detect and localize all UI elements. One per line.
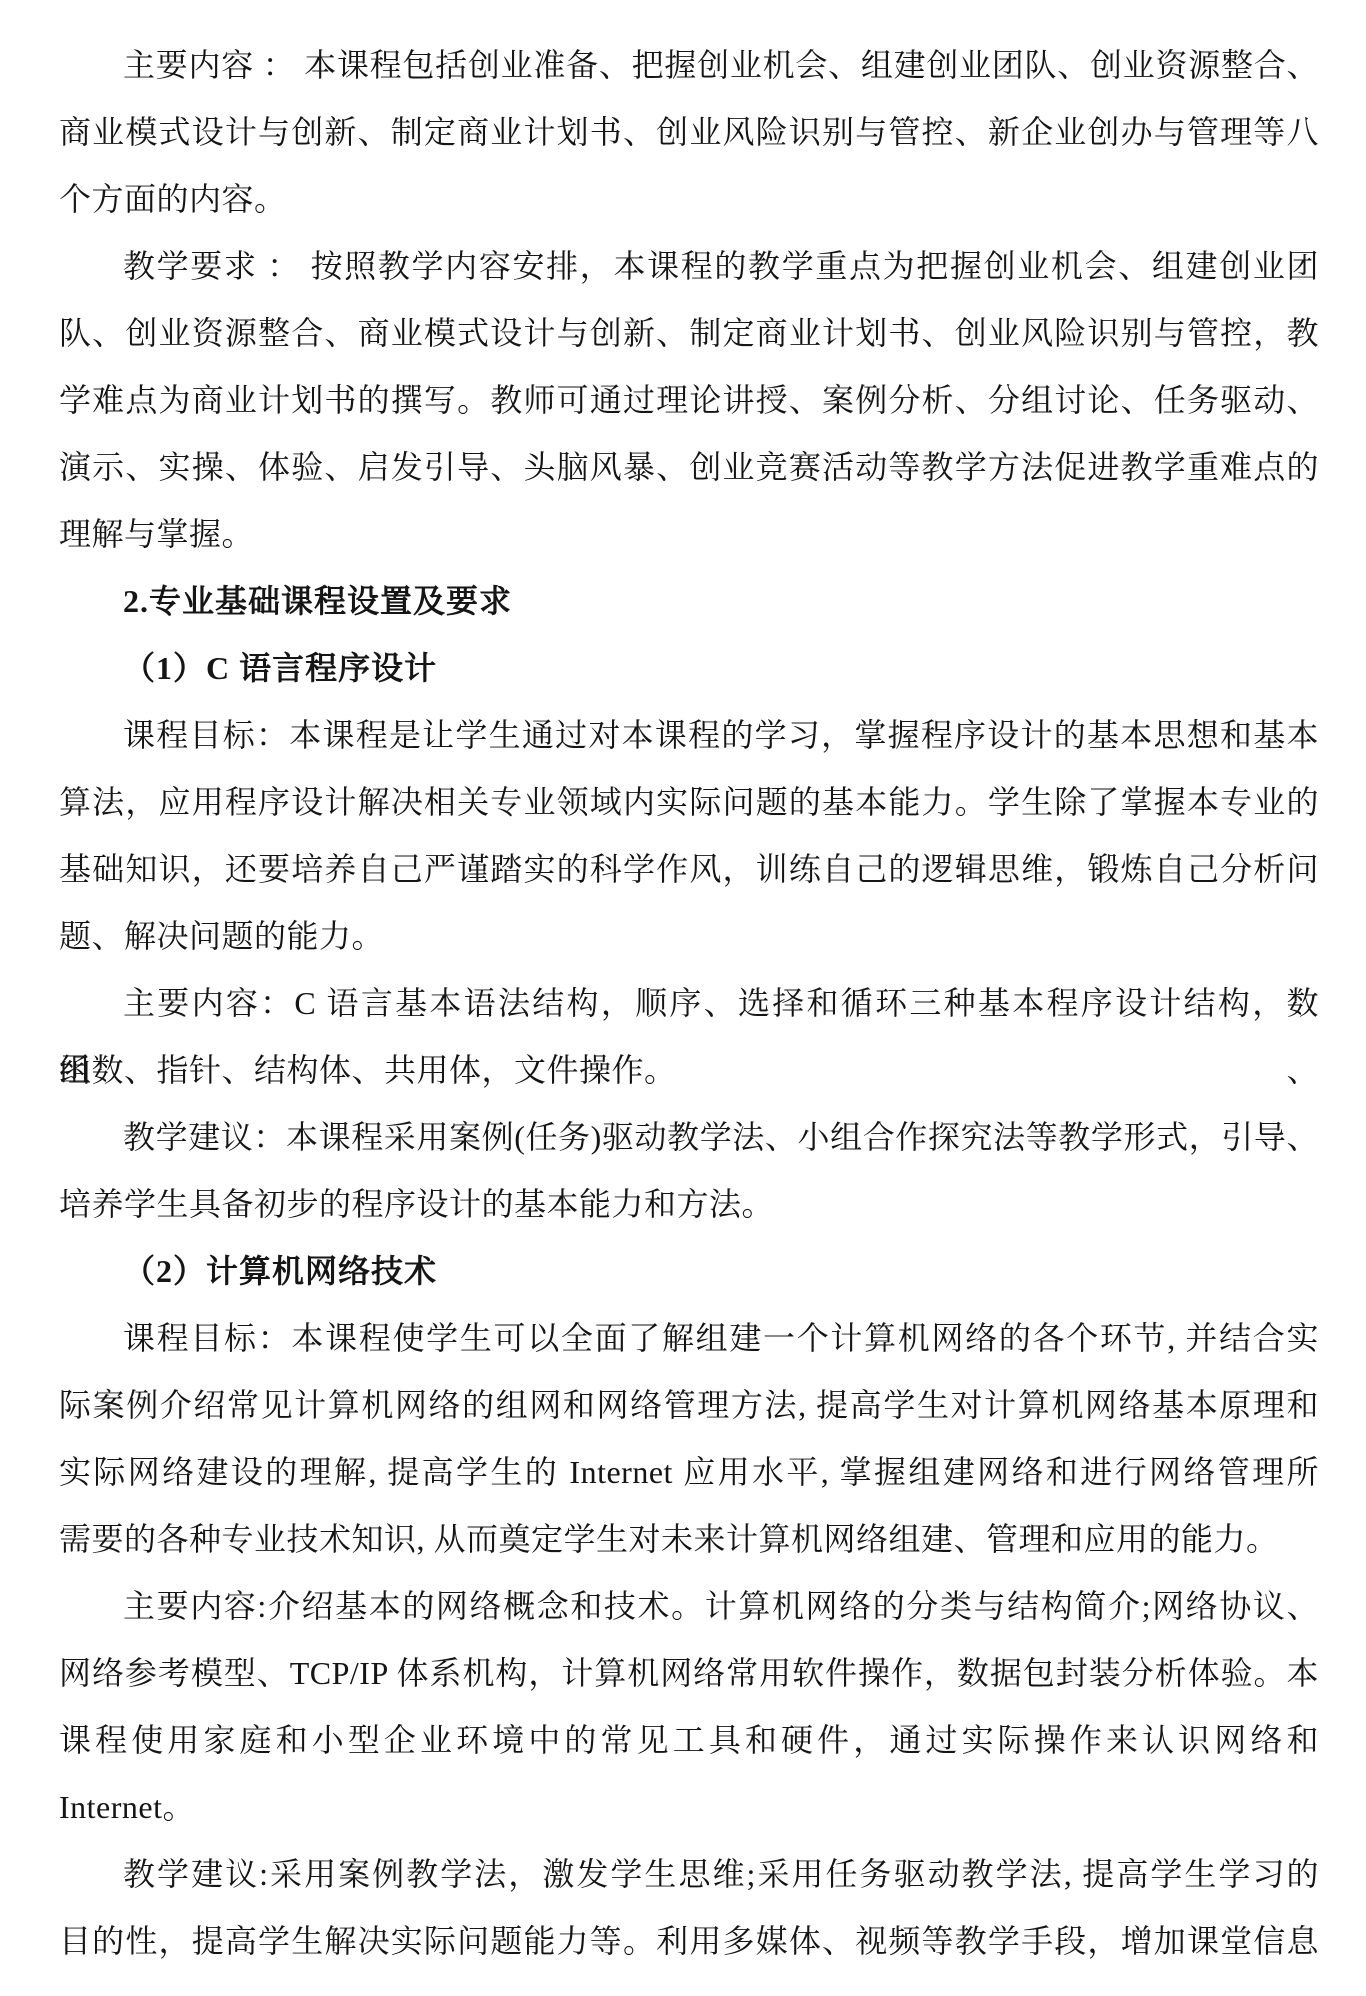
text-line: 教学建议：本课程采用案例(任务)驱动教学法、小组合作探究法等教学形式，引导、 xyxy=(59,1104,1319,1171)
text-line: 个方面的内容。 xyxy=(59,166,1319,233)
text-line: 实际网络建设的理解, 提高学生的 Internet 应用水平, 掌握组建网络和进… xyxy=(59,1439,1319,1506)
para-innovation-teaching-requirements: 教学要求 ： 按照教学内容安排，本课程的教学重点为把握创业机会、组建创业团队、创… xyxy=(59,233,1319,568)
text-line: 队、创业资源整合、商业模式设计与创新、制定商业计划书、创业风险识别与管控，教 xyxy=(59,300,1319,367)
text-line: 教学建议:采用案例教学法，激发学生思维;采用任务驱动教学法, 提高学生学习的 xyxy=(59,1841,1319,1908)
text-line: 演示、实操、体验、启发引导、头脑风暴、创业竞赛活动等教学方法促进教学重难点的 xyxy=(59,434,1319,501)
text-line: 主要内容：C 语言基本语法结构，顺序、选择和循环三种基本程序设计结构，数组、 xyxy=(59,970,1319,1037)
text-line: 网络参考模型、TCP/IP 体系机构，计算机网络常用软件操作，数据包封装分析体验… xyxy=(59,1640,1319,1707)
heading-professional-basic-courses: 2.专业基础课程设置及要求 xyxy=(59,568,1319,635)
text-line: 算法，应用程序设计解决相关专业领域内实际问题的基本能力。学生除了掌握本专业的 xyxy=(59,769,1319,836)
text-line: 2.专业基础课程设置及要求 xyxy=(59,568,1319,635)
para-c-teaching-suggestions: 教学建议：本课程采用案例(任务)驱动教学法、小组合作探究法等教学形式，引导、培养… xyxy=(59,1104,1319,1238)
document-page: 主要内容 ： 本课程包括创业准备、把握创业机会、组建创业团队、创业资源整合、商业… xyxy=(0,0,1366,1996)
para-network-main-content: 主要内容:介绍基本的网络概念和技术。计算机网络的分类与结构简介;网络协议、网络参… xyxy=(59,1573,1319,1841)
text-line: 学难点为商业计划书的撰写。教师可通过理论讲授、案例分析、分组讨论、任务驱动、 xyxy=(59,367,1319,434)
text-line: （2）计算机网络技术 xyxy=(59,1238,1319,1305)
text-line: 需要的各种专业技术知识, 从而奠定学生对未来计算机网络组建、管理和应用的能力。 xyxy=(59,1506,1319,1573)
para-innovation-main-content: 主要内容 ： 本课程包括创业准备、把握创业机会、组建创业团队、创业资源整合、商业… xyxy=(59,32,1319,233)
text-line: 课程使用家庭和小型企业环境中的常见工具和硬件，通过实际操作来认识网络和 xyxy=(59,1707,1319,1774)
text-line: 理解与掌握。 xyxy=(59,501,1319,568)
para-network-teaching-suggestions: 教学建议:采用案例教学法，激发学生思维;采用任务驱动教学法, 提高学生学习的目的… xyxy=(59,1841,1319,1975)
text-line: Internet。 xyxy=(59,1774,1319,1841)
text-line: 课程目标：本课程使学生可以全面了解组建一个计算机网络的各个环节, 并结合实 xyxy=(59,1305,1319,1372)
text-line: 题、解决问题的能力。 xyxy=(59,903,1319,970)
para-network-course-objectives: 课程目标：本课程使学生可以全面了解组建一个计算机网络的各个环节, 并结合实际案例… xyxy=(59,1305,1319,1573)
text-line: 培养学生具备初步的程序设计的基本能力和方法。 xyxy=(59,1171,1319,1238)
text-line: 基础知识，还要培养自己严谨踏实的科学作风，训练自己的逻辑思维，锻炼自己分析问 xyxy=(59,836,1319,903)
text-line: 主要内容:介绍基本的网络概念和技术。计算机网络的分类与结构简介;网络协议、 xyxy=(59,1573,1319,1640)
text-line: 主要内容 ： 本课程包括创业准备、把握创业机会、组建创业团队、创业资源整合、 xyxy=(59,32,1319,99)
text-line: 商业模式设计与创新、制定商业计划书、创业风险识别与管控、新企业创办与管理等八 xyxy=(59,99,1319,166)
text-line: （1）C 语言程序设计 xyxy=(59,635,1319,702)
text-line: 教学要求 ： 按照教学内容安排，本课程的教学重点为把握创业机会、组建创业团 xyxy=(59,233,1319,300)
para-c-main-content: 主要内容：C 语言基本语法结构，顺序、选择和循环三种基本程序设计结构，数组、函数… xyxy=(59,970,1319,1104)
text-line: 际案例介绍常见计算机网络的组网和网络管理方法, 提高学生对计算机网络基本原理和 xyxy=(59,1372,1319,1439)
heading-c-language-course: （1）C 语言程序设计 xyxy=(59,635,1319,702)
text-line: 课程目标：本课程是让学生通过对本课程的学习，掌握程序设计的基本思想和基本 xyxy=(59,702,1319,769)
text-line: 目的性，提高学生解决实际问题能力等。利用多媒体、视频等教学手段，增加课堂信息 xyxy=(59,1908,1319,1975)
para-c-course-objectives: 课程目标：本课程是让学生通过对本课程的学习，掌握程序设计的基本思想和基本算法，应… xyxy=(59,702,1319,970)
heading-computer-network-course: （2）计算机网络技术 xyxy=(59,1238,1319,1305)
